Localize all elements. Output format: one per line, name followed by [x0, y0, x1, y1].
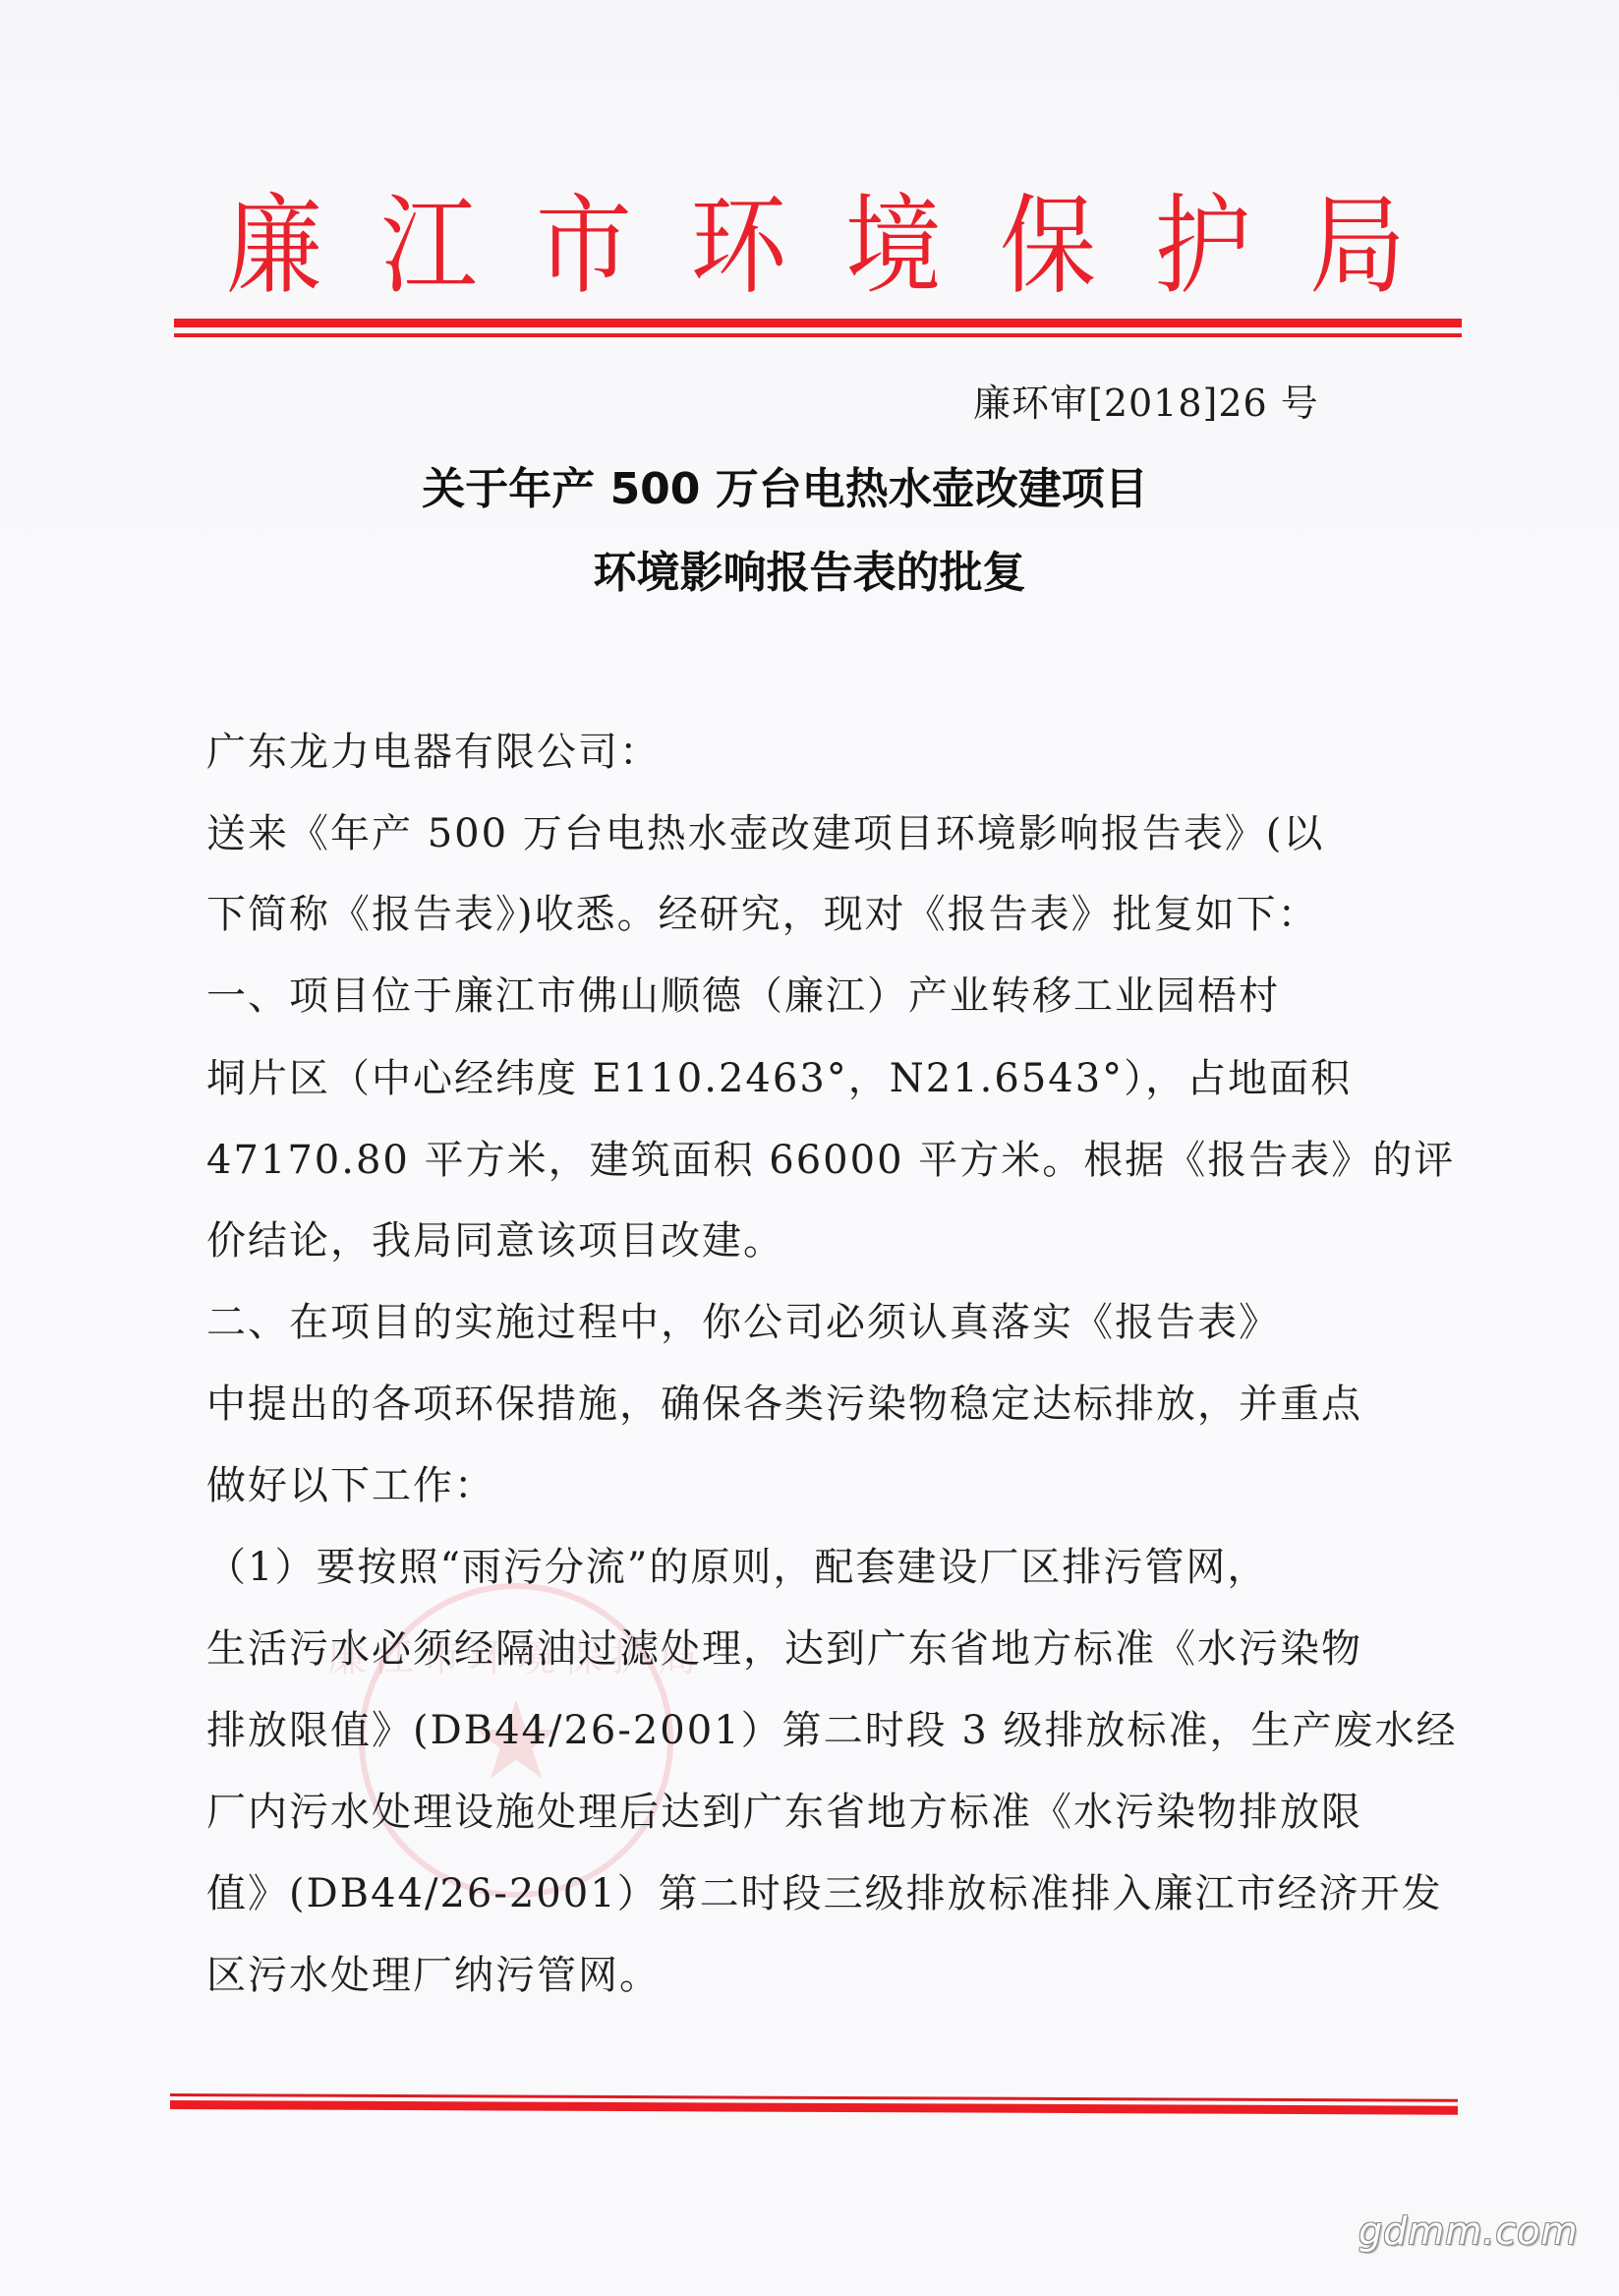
- footer-rule-thick: [170, 2100, 1458, 2115]
- body-line: 47170.80 平方米，建筑面积 66000 平方米。根据《报告表》的评: [206, 1137, 1445, 1184]
- document-number: 廉环审[2018]26 号: [973, 379, 1319, 428]
- addressee: 广东龙力电器有限公司：: [206, 729, 1445, 776]
- body-line: 排放限值》(DB44/26-2001）第二时段 3 级排放标准，生产废水经: [206, 1707, 1445, 1754]
- header-rule-thin: [174, 333, 1462, 337]
- body-line: 生活污水必须经隔油过滤处理，达到广东省地方标准《水污染物: [206, 1625, 1445, 1673]
- masthead-char: 市: [536, 186, 632, 307]
- body-line: 值》(DB44/26-2001）第二时段三级排放标准排入廉江市经济开发: [206, 1870, 1445, 1917]
- item-one-line: （1）要按照“雨污分流”的原则，配套建设厂区排污管网，: [206, 1544, 1445, 1591]
- body-line: 区污水处理厂纳污管网。: [206, 1952, 1445, 1999]
- site-watermark: gdmm.com: [1359, 2209, 1579, 2253]
- masthead-char: 环: [690, 186, 786, 307]
- body-line: 厂内污水处理设施处理后达到广东省地方标准《水污染物排放限: [206, 1789, 1445, 1836]
- body-line: 送来《年产 500 万台电热水壶改建项目环境影响报告表》(以: [206, 810, 1445, 857]
- masthead-char: 护: [1155, 186, 1251, 307]
- body-line: 下简称《报告表》)收悉。经研究，现对《报告表》批复如下：: [206, 891, 1445, 938]
- body-line: 垌片区（中心经纬度 E110.2463°，N21.6543°），占地面积: [206, 1055, 1445, 1102]
- masthead-char: 境: [845, 186, 942, 307]
- body-line: 做好以下工作：: [206, 1462, 1445, 1509]
- masthead-agency-name: 廉 江 市 环 境 保 护 局: [226, 193, 1406, 301]
- document-title-line-1: 关于年产 500 万台电热水壶改建项目: [0, 460, 1594, 519]
- masthead-char: 保: [1000, 186, 1096, 307]
- masthead-char: 江: [380, 186, 477, 307]
- document-title-line-2: 环境影响报告表的批复: [0, 544, 1619, 603]
- body-line: 价结论，我局同意该项目改建。: [206, 1217, 1445, 1265]
- body-line: 中提出的各项环保措施，确保各类污染物稳定达标排放，并重点: [206, 1381, 1445, 1428]
- masthead-char: 廉: [226, 186, 322, 307]
- header-rule-thick: [174, 319, 1462, 327]
- document-page: 廉 江 市 环 境 保 护 局 廉环审[2018]26 号 关于年产 500 万…: [0, 0, 1619, 2296]
- section-two-line: 二、在项目的实施过程中，你公司必须认真落实《报告表》: [206, 1299, 1445, 1346]
- section-one-line: 一、项目位于廉江市佛山顺德（廉江）产业转移工业园梧村: [206, 972, 1445, 1020]
- masthead-char: 局: [1309, 186, 1406, 307]
